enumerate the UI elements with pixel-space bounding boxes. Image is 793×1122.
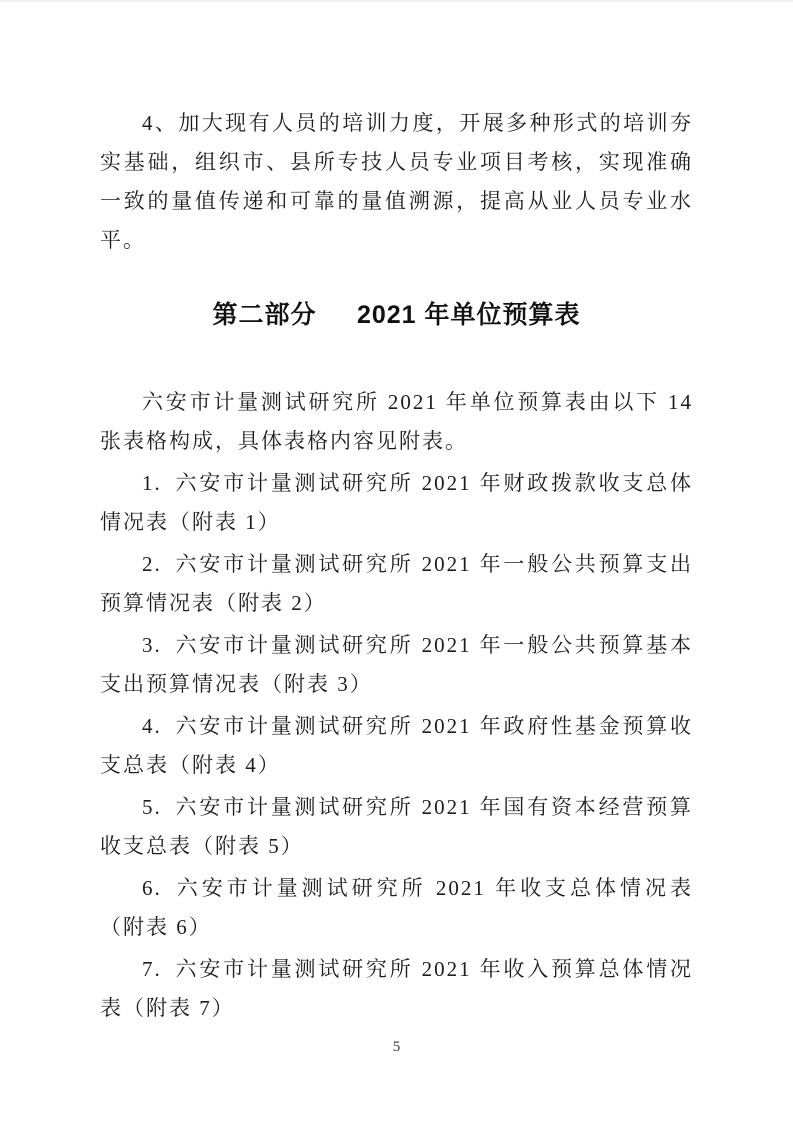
list-item-number: 2. bbox=[142, 552, 162, 576]
list-item-number: 3. bbox=[142, 633, 162, 657]
table-list-item-1: 1.六安市计量测试研究所 2021 年财政拨款收支总体情况表（附表 1） bbox=[100, 464, 693, 542]
list-item-text: 六安市计量测试研究所 2021 年收支总体情况表（附表 6） bbox=[100, 876, 693, 939]
list-item-text: 六安市计量测试研究所 2021 年国有资本经营预算收支总表（附表 5） bbox=[100, 795, 693, 858]
table-list: 1.六安市计量测试研究所 2021 年财政拨款收支总体情况表（附表 1） 2.六… bbox=[100, 464, 693, 1028]
section-heading-label: 第二部分 bbox=[212, 301, 316, 329]
list-item-text: 六安市计量测试研究所 2021 年收入预算总体情况表（附表 7） bbox=[100, 957, 693, 1020]
page-content: 4、加大现有人员的培训力度，开展多种形式的培训夯实基础，组织市、县所专技人员专业… bbox=[0, 2, 793, 1028]
section-heading: 第二部分 2021 年单位预算表 bbox=[100, 294, 693, 336]
list-item-number: 7. bbox=[142, 957, 162, 981]
table-list-item-2: 2.六安市计量测试研究所 2021 年一般公共预算支出预算情况表（附表 2） bbox=[100, 545, 693, 623]
section-heading-title: 2021 年单位预算表 bbox=[357, 301, 581, 329]
list-item-number: 1. bbox=[142, 471, 162, 495]
table-list-item-3: 3.六安市计量测试研究所 2021 年一般公共预算基本支出预算情况表（附表 3） bbox=[100, 626, 693, 704]
document-page: 4、加大现有人员的培训力度，开展多种形式的培训夯实基础，组织市、县所专技人员专业… bbox=[0, 0, 793, 1122]
list-item-number: 6. bbox=[142, 876, 162, 900]
list-item-number: 4. bbox=[142, 714, 162, 738]
table-list-item-4: 4.六安市计量测试研究所 2021 年政府性基金预算收支总表（附表 4） bbox=[100, 707, 693, 785]
list-item-number: 5. bbox=[142, 795, 162, 819]
intro-paragraph: 4、加大现有人员的培训力度，开展多种形式的培训夯实基础，组织市、县所专技人员专业… bbox=[100, 104, 693, 260]
page-number: 5 bbox=[0, 1039, 793, 1055]
tables-intro-paragraph: 六安市计量测试研究所 2021 年单位预算表由以下 14 张表格构成，具体表格内… bbox=[100, 383, 693, 461]
list-item-text: 六安市计量测试研究所 2021 年财政拨款收支总体情况表（附表 1） bbox=[100, 471, 693, 534]
list-item-text: 六安市计量测试研究所 2021 年一般公共预算支出预算情况表（附表 2） bbox=[100, 552, 693, 615]
list-item-text: 六安市计量测试研究所 2021 年一般公共预算基本支出预算情况表（附表 3） bbox=[100, 633, 693, 696]
table-list-item-5: 5.六安市计量测试研究所 2021 年国有资本经营预算收支总表（附表 5） bbox=[100, 788, 693, 866]
table-list-item-7: 7.六安市计量测试研究所 2021 年收入预算总体情况表（附表 7） bbox=[100, 950, 693, 1028]
table-list-item-6: 6.六安市计量测试研究所 2021 年收支总体情况表（附表 6） bbox=[100, 869, 693, 947]
list-item-text: 六安市计量测试研究所 2021 年政府性基金预算收支总表（附表 4） bbox=[100, 714, 693, 777]
